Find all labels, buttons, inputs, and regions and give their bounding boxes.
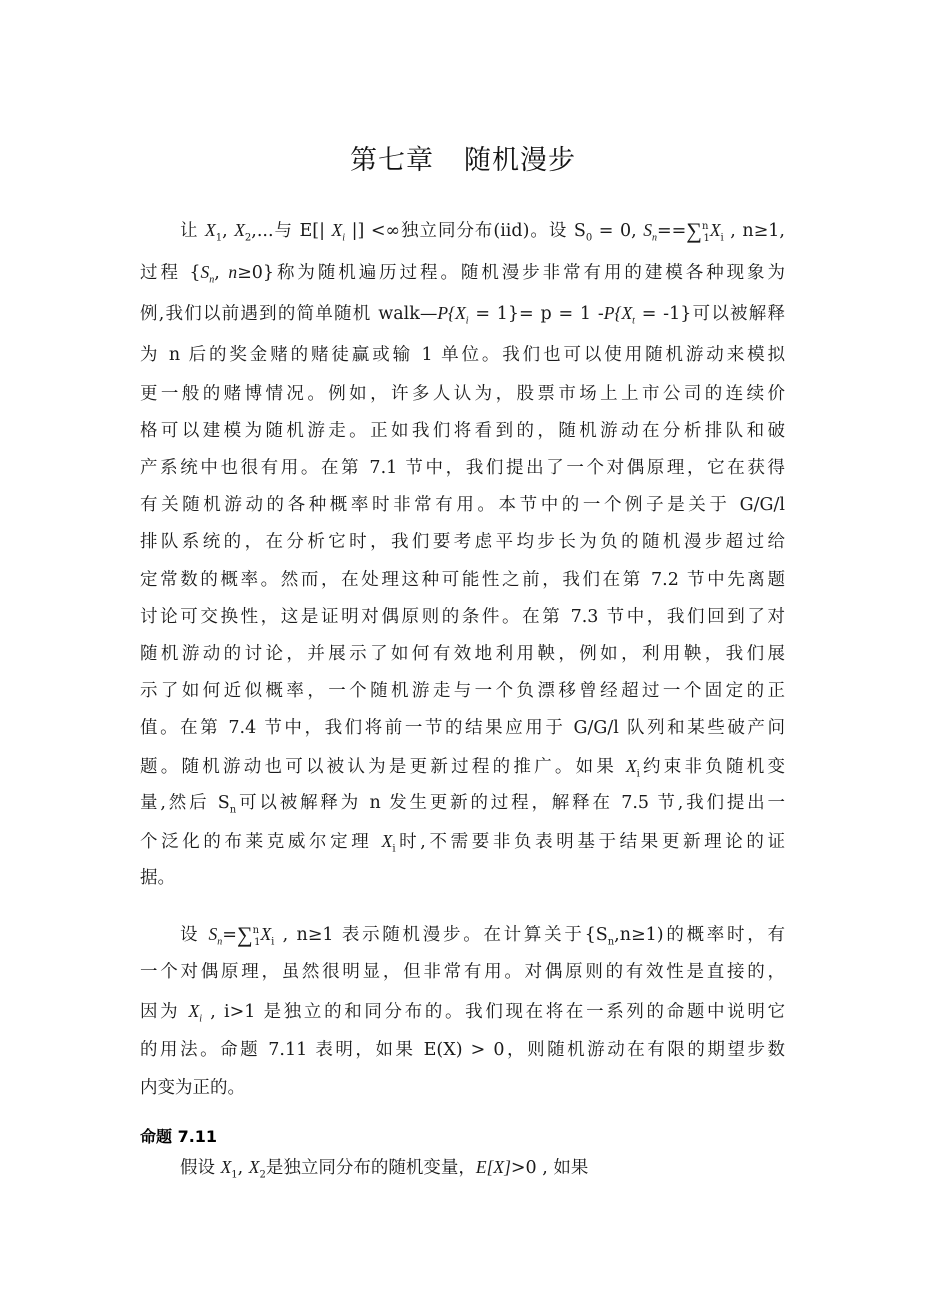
paragraph-1-line-17: 个泛化的布莱克威尔定理 Xi时,不需要非负表明基于结果更新理论的证 xyxy=(140,830,785,853)
paragraph-2-line-5: 内变为正的。 xyxy=(140,1077,785,1099)
paragraph-1-line-7: 产系统中也很有用。在第 7.1 节中，我们提出了一个对偶原理，它在获得 xyxy=(140,457,785,479)
paragraph-1-line-2: 过程 {Sn, n≥0}称为随机遍历过程。随机漫步非常有用的建模各种现象为 xyxy=(140,261,785,284)
proposition-heading: 命题 7.11 xyxy=(140,1124,217,1147)
paragraph-1-line-12: 随机游动的讨论，并展示了如何有效地利用鞅，例如，利用鞅，我们展 xyxy=(140,643,785,665)
paragraph-2-line-4: 的用法。命题 7.11 表明，如果 E(X) > 0，则随机游动在有限的期望步数 xyxy=(140,1039,785,1061)
paragraph-2-line-3: 因为 Xi , i>1 是独立的和同分布的。我们现在将在一系列的命题中说明它 xyxy=(140,1000,785,1023)
paragraph-1-line-9: 排队系统的，在分析它时，我们要考虑平均步长为负的随机漫步超过给 xyxy=(140,531,785,553)
document-page: 第七章随机漫步 让 X1, X2,...与 E[| Xi |] <∞独立同分布(… xyxy=(0,0,926,1309)
paragraph-1-line-10: 定常数的概率。然而，在处理这种可能性之前，我们在第 7.2 节中先离题 xyxy=(140,569,785,591)
paragraph-1-line-11: 讨论可交换性，这是证明对偶原则的条件。在第 7.3 节中，我们回到了对 xyxy=(140,606,785,628)
chapter-number: 第七章 xyxy=(350,145,434,176)
chapter-name: 随机漫步 xyxy=(464,145,576,176)
paragraph-1-line-3: 例,我们以前遇到的简单随机 walk—P{Xi = 1}= p = 1 -P{X… xyxy=(140,302,785,325)
paragraph-1-line-18: 据。 xyxy=(140,867,785,889)
paragraph-1-line-5: 更一般的赌博情况。例如，许多人认为，股票市场上上市公司的连续价 xyxy=(140,383,785,405)
chapter-title: 第七章随机漫步 xyxy=(0,138,926,177)
paragraph-1-line-15: 题。随机游动也可以被认为是更新过程的推广。如果 Xi约束非负随机变 xyxy=(140,755,785,778)
paragraph-2-line-1: 设 Sn=∑n1Xi , n≥1 表示随机漫步。在计算关于{Sn,n≥1)的概率… xyxy=(140,923,785,946)
paragraph-1-line-13: 示了如何近似概率，一个随机游走与一个负漂移曾经超过一个固定的正 xyxy=(140,680,785,702)
paragraph-1-line-14: 值。在第 7.4 节中，我们将前一节的结果应用于 G/G/l 队列和某些破产问 xyxy=(140,717,785,739)
paragraph-1-line-4: 为 n 后的奖金赌的赌徒赢或输 1 单位。我们也可以使用随机游动来模拟 xyxy=(140,344,785,366)
paragraph-1-line-1: 让 X1, X2,...与 E[| Xi |] <∞独立同分布(iid)。设 S… xyxy=(140,219,785,242)
paragraph-1-line-6: 格可以建模为随机游走。正如我们将看到的，随机游动在分析排队和破 xyxy=(140,420,785,442)
paragraph-2-line-2: 一个对偶原理，虽然很明显，但非常有用。对偶原则的有效性是直接的， xyxy=(140,961,785,983)
paragraph-1-line-8: 有关随机游动的各种概率时非常有用。本节中的一个例子是关于 G/G/l xyxy=(140,494,785,516)
proposition-text: 假设 X1, X2是独立同分布的随机变量，E[X]>0 , 如果 xyxy=(140,1156,785,1179)
paragraph-1-line-16: 量,然后 Sn可以被解释为 n 发生更新的过程，解释在 7.5 节,我们提出一 xyxy=(140,792,785,814)
